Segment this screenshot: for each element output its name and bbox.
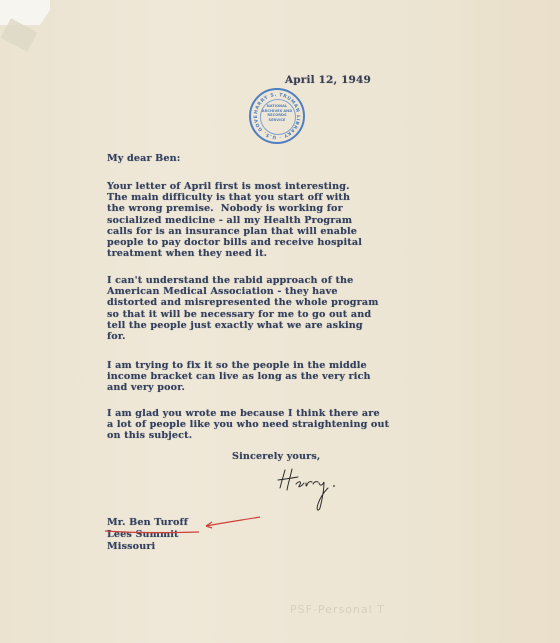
closing: Sincerely yours,: [232, 451, 320, 462]
recipient-state: Missouri: [107, 541, 155, 552]
archive-stamp: HARRY S. TRUMAN LIBRARY · U.S. GOVERNMEN…: [249, 88, 305, 144]
page-corner-edge: [0, 0, 38, 22]
salutation: My dear Ben:: [107, 153, 181, 164]
red-arrow-icon: [202, 515, 262, 529]
signature-harry: [276, 466, 346, 516]
red-underline: [104, 529, 200, 534]
stamp-center-text: NATIONAL ARCHIVES AND RECORDS SERVICE: [251, 104, 303, 122]
letter-page: April 12, 1949 HARRY S. TRUMAN LIBRARY ·…: [0, 0, 560, 643]
recipient-address: Mr. Ben Turoff Lees Summit Missouri: [107, 517, 188, 553]
paragraph-1: Your letter of April first is most inter…: [107, 181, 362, 259]
pencil-filing-note: PSF-Personal T: [290, 603, 385, 616]
paragraph-3: I am trying to fix it so the people in t…: [107, 360, 371, 394]
paragraph-4: I am glad you wrote me because I think t…: [107, 408, 389, 442]
recipient-name: Mr. Ben Turoff: [107, 517, 188, 528]
paragraph-2: I can't understand the rabid approach of…: [107, 275, 379, 342]
letter-date: April 12, 1949: [285, 75, 371, 86]
